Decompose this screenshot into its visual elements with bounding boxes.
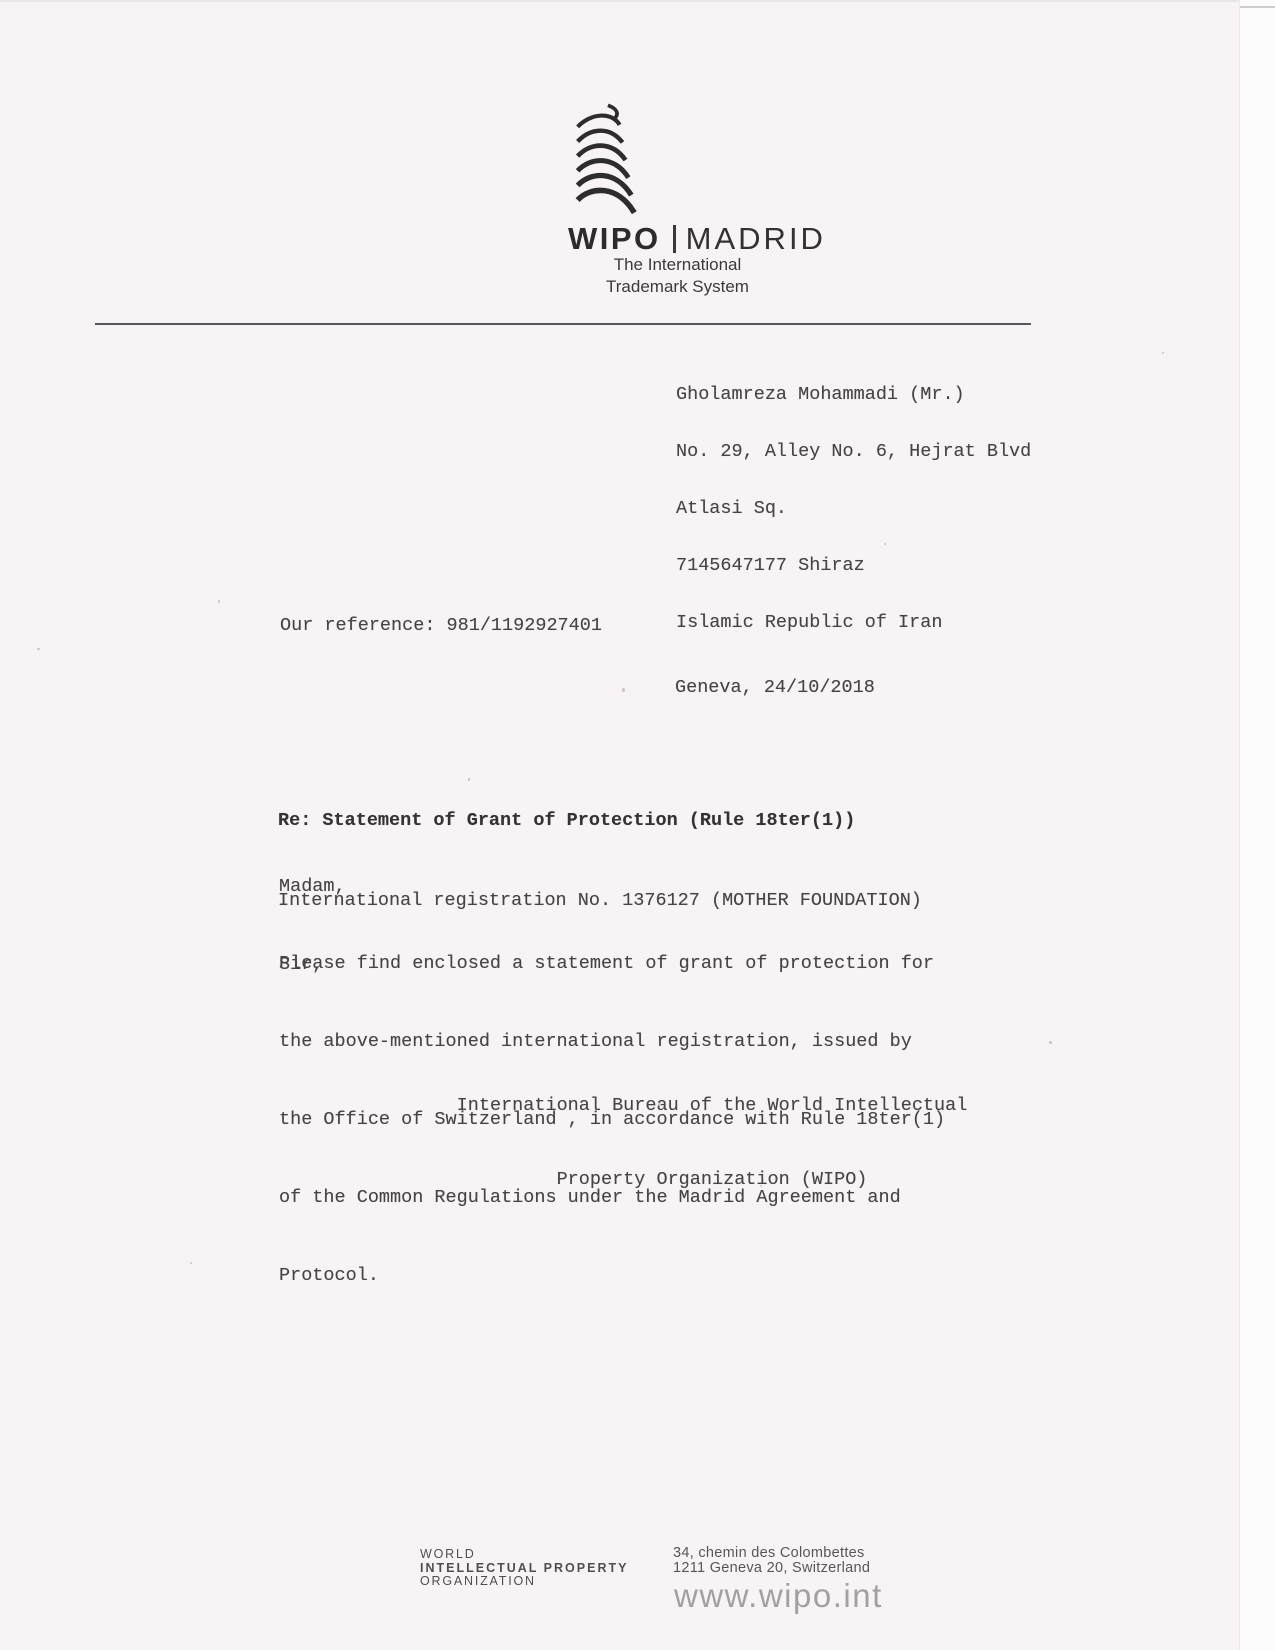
brand-lockup: WIPO MADRID [568,222,826,256]
scanned-letter-page: WIPO MADRID The International Trademark … [0,0,1275,1650]
salutation-line-1: Madam, [279,874,346,900]
body-line: Please find enclosed a statement of gran… [279,951,945,977]
footer-address: 34, chemin des Colombettes 1211 Geneva 2… [673,1546,870,1575]
recipient-street: No. 29, Alley No. 6, Hejrat Blvd [676,442,1031,461]
closing-block: International Bureau of the World Intell… [362,1045,1062,1241]
scanner-edge-line [1240,6,1275,8]
brand-tagline: The International Trademark System [540,254,815,297]
closing-line-2: Property Organization (WIPO) [362,1168,1062,1193]
recipient-name: Gholamreza Mohammadi (Mr.) [676,385,1031,404]
recipient-address: Gholamreza Mohammadi (Mr.) No. 29, Alley… [676,347,1031,670]
scanner-edge-strip [1239,0,1275,1650]
reference-line: Our reference: 981/1192927401 [280,615,602,636]
recipient-country: Islamic Republic of Iran [676,613,1031,632]
scan-speck [760,1185,762,1187]
footer-address-line-2: 1211 Geneva 20, Switzerland [673,1561,870,1576]
footer-address-line-1: 34, chemin des Colombettes [673,1546,870,1561]
recipient-city: 7145647177 Shiraz [676,556,1031,575]
footer-website: www.wipo.int [674,1577,883,1615]
brand-wipo: WIPO [568,221,661,257]
body-line: Protocol. [279,1263,945,1289]
scan-speck [37,648,40,650]
scan-speck [622,688,625,692]
brand-separator-bar [673,225,676,253]
scan-speck [190,1262,192,1264]
footer-organization: WORLD INTELLECTUAL PROPERTY ORGANIZATION [420,1548,628,1589]
tagline-line-2: Trademark System [540,276,815,298]
recipient-area: Atlasi Sq. [676,499,1031,518]
tagline-line-1: The International [540,254,815,276]
scan-speck [468,778,470,781]
subject-title: Re: Statement of Grant of Protection (Ru… [278,808,922,835]
scan-speck [658,1103,661,1106]
scan-speck [1162,352,1164,354]
closing-line-1: International Bureau of the World Intell… [362,1094,1062,1119]
footer-org-line-2: INTELLECTUAL PROPERTY [420,1562,628,1576]
footer-org-line-3: ORGANIZATION [420,1575,628,1589]
scan-speck [884,543,886,545]
header-rule [95,323,1031,325]
scan-speck [1049,1041,1052,1044]
brand-program: MADRID [686,221,826,257]
footer-org-line-1: WORLD [420,1548,628,1562]
dateline: Geneva, 24/10/2018 [675,677,875,698]
wipo-swirl-icon [563,100,645,224]
scan-speck [218,600,220,603]
